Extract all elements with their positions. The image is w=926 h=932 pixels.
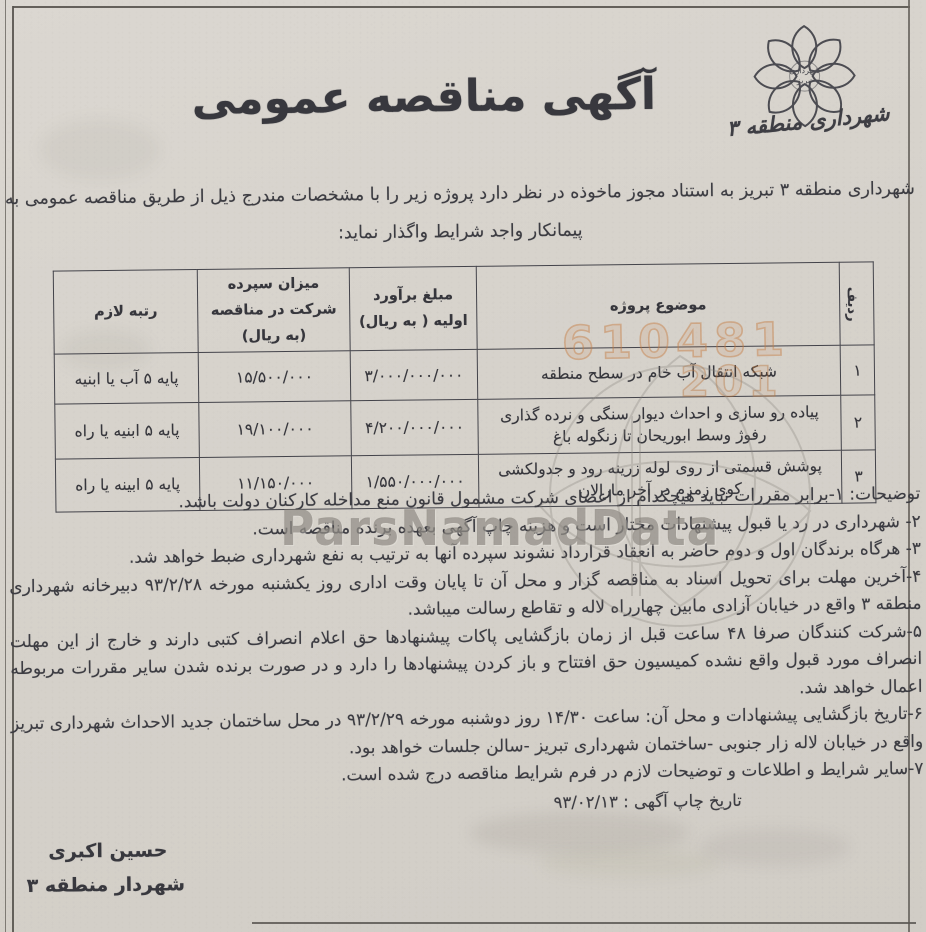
header-initial-estimate: مبلغ برآورد اولیه ( به ریال) (349, 266, 477, 351)
note-item-4: ۴-آخرین مهلت برای تحویل اسناد به مناقصه … (9, 563, 922, 628)
document-content: آگهی مناقصه عمومی شهرداری تبریز شهرداری (0, 0, 926, 932)
page-title: آگهی مناقصه عمومی (114, 68, 735, 126)
header-deposit-line2: (به ریال) (242, 328, 307, 345)
scanned-tender-notice-page: { "page": { "title": "آگهی مناقصه عمومی"… (0, 0, 926, 932)
cell-row-number: ۲ (841, 395, 876, 450)
note-item-5: ۵-شرکت کنندگان صرفا ۴۸ ساعت قبل از زمان … (10, 618, 923, 711)
header-required-rank: رتبه لازم (53, 270, 198, 355)
notes-section: توضیحات: ۱-برابر مقررات نباید هیچکدام از… (8, 481, 923, 794)
cell-initial-estimate: ۴/۲۰۰/۰۰۰/۰۰۰ (351, 400, 479, 456)
municipality-logo: شهرداری تبریز (729, 13, 881, 165)
cell-deposit: ۱۹/۱۰۰/۰۰۰ (199, 401, 352, 458)
table-row: ۲ پیاده رو سازی و احداث دیوار سنگی و نرد… (55, 395, 876, 459)
cell-required-rank: پایه ۵ ابنیه یا راه (55, 403, 200, 460)
header-deposit-line1: میزان سپرده شرکت در مناقصه (211, 276, 337, 319)
logo-text-line2: تبریز (796, 76, 813, 85)
cell-row-number: ۱ (840, 345, 875, 395)
table-header-row: ردیف موضوع پروژه مبلغ برآورد اولیه ( به … (53, 262, 874, 355)
intro-paragraph: شهرداری منطقه ۳ تبریز به استناد مجوز ماخ… (5, 171, 916, 257)
signer-name: حسین اکبری (48, 839, 167, 862)
note-item-6: ۶-تاریخ بازگشایی پیشنهادات و محل آن: ساع… (11, 701, 924, 766)
cell-initial-estimate: ۳/۰۰۰/۰۰۰/۰۰۰ (350, 350, 478, 401)
cell-required-rank: پایه ۵ آب یا ابنیه (54, 353, 199, 405)
header-deposit: میزان سپرده شرکت در مناقصه (به ریال) (197, 268, 350, 353)
header-project-subject: موضوع پروژه (476, 262, 840, 349)
cell-deposit: ۱۵/۵۰۰/۰۰۰ (198, 351, 351, 403)
signer-title: شهردار منطقه ۳ (27, 873, 186, 897)
cell-project-subject: پیاده رو سازی و احداث دیوار سنگی و نرده … (478, 395, 842, 454)
logo-text-line1: شهرداری (789, 66, 820, 75)
print-date: تاریخ چاپ آگهی : ۹۳/۰۲/۱۳ (553, 791, 741, 812)
cell-project-subject: شبکه انتقال آب خام در سطح منطقه (477, 345, 841, 399)
tender-table: ردیف موضوع پروژه مبلغ برآورد اولیه ( به … (53, 261, 877, 513)
header-row-number: ردیف (839, 262, 874, 346)
